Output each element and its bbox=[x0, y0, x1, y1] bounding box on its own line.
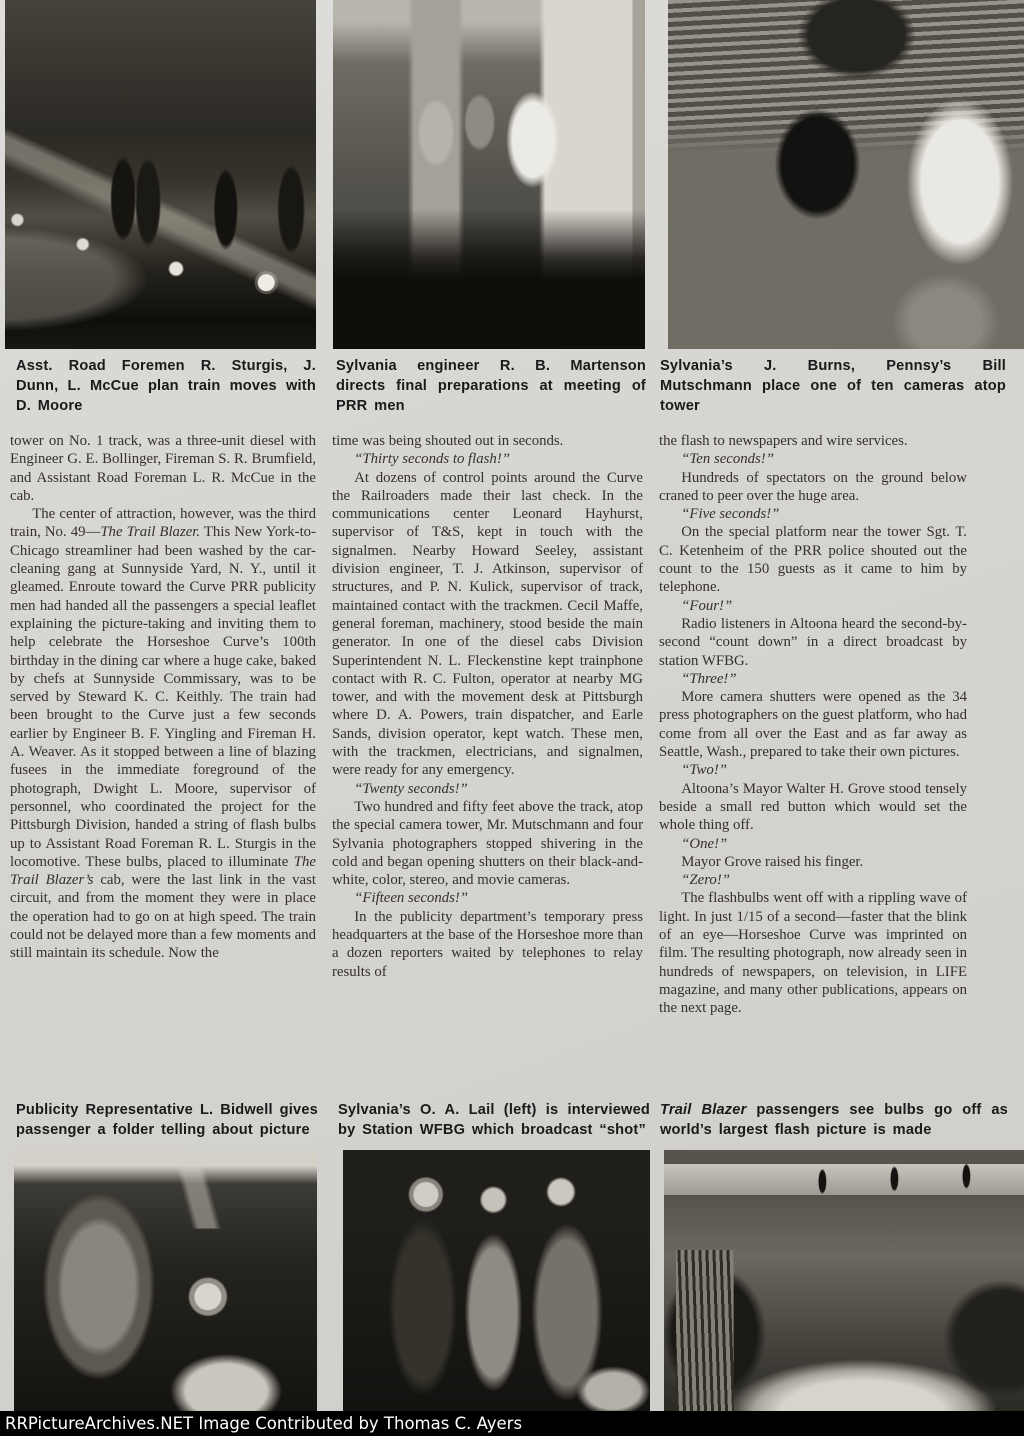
text-segment: The flashbulbs went off with a rippling … bbox=[659, 890, 967, 1016]
text-segment: “Four!” bbox=[681, 598, 732, 614]
paragraph: Mayor Grove raised his finger. bbox=[659, 853, 967, 871]
paragraph: Hundreds of spectators on the ground bel… bbox=[659, 469, 967, 506]
text-segment: “Ten seconds!” bbox=[681, 451, 774, 467]
text-segment: Sylvania’s O. A. Lail (left) is intervie… bbox=[338, 1102, 650, 1138]
paragraph: tower on No. 1 track, was a three-unit d… bbox=[10, 432, 316, 505]
paragraph: “Two!” bbox=[659, 761, 967, 779]
text-segment: Trail Blazer bbox=[660, 1102, 746, 1118]
text-segment: “Five seconds!” bbox=[681, 506, 779, 522]
text-segment: tower on No. 1 track, was a three-unit d… bbox=[10, 433, 316, 504]
caption-lail-interviewed: Sylvania’s O. A. Lail (left) is intervie… bbox=[338, 1100, 650, 1140]
paragraph: “One!” bbox=[659, 835, 967, 853]
magazine-page: Asst. Road Foremen R. Sturgis, J. Dunn, … bbox=[0, 0, 1024, 1436]
caption-martenson-meeting: Sylvania engineer R. B. Martenson direct… bbox=[336, 356, 646, 416]
paragraph: Radio listeners in Altoona heard the sec… bbox=[659, 615, 967, 670]
text-segment: In the publicity department’s temporary … bbox=[332, 909, 643, 980]
text-segment: “One!” bbox=[681, 836, 727, 852]
article-column-1: tower on No. 1 track, was a three-unit d… bbox=[10, 432, 316, 963]
paragraph: The flashbulbs went off with a rippling … bbox=[659, 889, 967, 1017]
text-segment: “Thirty seconds to flash!” bbox=[354, 451, 510, 467]
paragraph: Altoona’s Mayor Walter H. Grove stood te… bbox=[659, 780, 967, 835]
article-column-2: time was being shouted out in seconds.“T… bbox=[332, 432, 643, 981]
photo-bidwell-passenger bbox=[14, 1150, 317, 1412]
paragraph: “Ten seconds!” bbox=[659, 450, 967, 468]
paragraph: “Three!” bbox=[659, 670, 967, 688]
text-segment: “Zero!” bbox=[681, 872, 730, 888]
paragraph: The center of attraction, however, was t… bbox=[10, 505, 316, 962]
text-segment: time was being shouted out in seconds. bbox=[332, 433, 563, 449]
paragraph: “Zero!” bbox=[659, 871, 967, 889]
paragraph: “Five seconds!” bbox=[659, 505, 967, 523]
paragraph: “Thirty seconds to flash!” bbox=[332, 450, 643, 468]
text-segment: Altoona’s Mayor Walter H. Grove stood te… bbox=[659, 781, 967, 834]
photo-camera-atop-tower bbox=[668, 0, 1024, 349]
text-segment: “Twenty seconds!” bbox=[354, 781, 468, 797]
text-segment: “Two!” bbox=[681, 762, 727, 778]
caption-camera-atop-tower: Sylvania’s J. Burns, Pennsy’s Bill Mutsc… bbox=[660, 356, 1006, 416]
caption-bidwell-gives-folder: Publicity Representative L. Bidwell give… bbox=[16, 1100, 318, 1140]
text-segment: On the special platform near the tower S… bbox=[659, 524, 967, 595]
paragraph: On the special platform near the tower S… bbox=[659, 523, 967, 596]
text-segment: Sylvania engineer R. B. Martenson direct… bbox=[336, 358, 646, 414]
text-segment: Radio listeners in Altoona heard the sec… bbox=[659, 616, 967, 669]
text-segment: Asst. Road Foremen R. Sturgis, J. Dunn, … bbox=[16, 358, 316, 414]
text-segment: Sylvania’s J. Burns, Pennsy’s Bill Mutsc… bbox=[660, 358, 1006, 414]
watermark-text: RRPictureArchives.NET Image Contributed … bbox=[5, 1414, 522, 1433]
caption-passengers-see-bulbs: Trail Blazer passengers see bulbs go off… bbox=[660, 1100, 1008, 1140]
text-segment: Hundreds of spectators on the ground bel… bbox=[659, 470, 967, 504]
watermark-bar: RRPictureArchives.NET Image Contributed … bbox=[0, 1411, 1024, 1436]
text-segment: Publicity Representative L. Bidwell give… bbox=[16, 1102, 318, 1138]
paragraph: the flash to newspapers and wire service… bbox=[659, 432, 967, 450]
paragraph: “Fifteen seconds!” bbox=[332, 889, 643, 907]
text-segment: the flash to newspapers and wire service… bbox=[659, 433, 908, 449]
text-segment: “Three!” bbox=[681, 671, 736, 687]
text-segment: “Fifteen seconds!” bbox=[354, 890, 468, 906]
photo-dining-car-flash bbox=[664, 1150, 1024, 1412]
text-segment: Mayor Grove raised his finger. bbox=[681, 854, 863, 870]
text-segment: Two hundred and fifty feet above the tra… bbox=[332, 799, 643, 888]
paragraph: “Four!” bbox=[659, 597, 967, 615]
paragraph: More camera shutters were opened as the … bbox=[659, 688, 967, 761]
paragraph: time was being shouted out in seconds. bbox=[332, 432, 643, 450]
photo-foremen-plan-train-moves bbox=[5, 0, 316, 349]
caption-foremen-plan-train-moves: Asst. Road Foremen R. Sturgis, J. Dunn, … bbox=[16, 356, 316, 416]
paragraph: “Twenty seconds!” bbox=[332, 780, 643, 798]
text-segment: At dozens of control points around the C… bbox=[332, 470, 643, 779]
paragraph: Two hundred and fifty feet above the tra… bbox=[332, 798, 643, 889]
text-segment: The Trail Blazer. bbox=[100, 524, 200, 540]
paragraph: In the publicity department’s temporary … bbox=[332, 908, 643, 981]
photo-wfbg-interview bbox=[343, 1150, 650, 1412]
article-column-3: the flash to newspapers and wire service… bbox=[659, 432, 967, 1018]
text-segment: More camera shutters were opened as the … bbox=[659, 689, 967, 760]
text-segment: This New York-to-Chicago streamliner had… bbox=[10, 524, 316, 869]
paragraph: At dozens of control points around the C… bbox=[332, 469, 643, 780]
photo-martenson-meeting bbox=[333, 0, 645, 349]
